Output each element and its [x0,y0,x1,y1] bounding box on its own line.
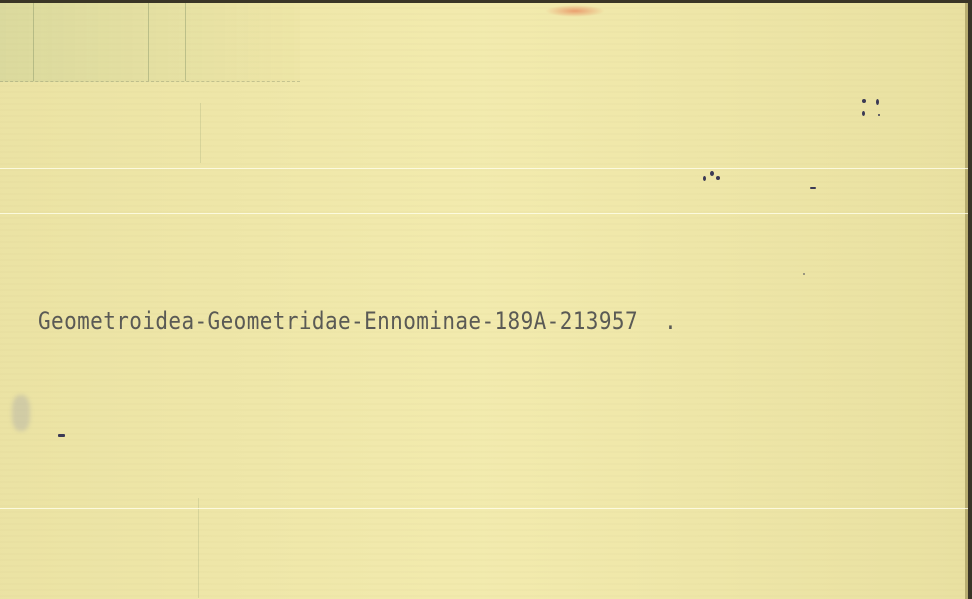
ink-speck [876,99,879,105]
ruling-line [185,3,186,81]
smudge-mark [12,395,30,431]
ink-speck [716,176,720,180]
paper-streak [0,168,968,169]
ink-speck [862,111,865,116]
ink-speck [803,273,805,275]
ink-speck [703,176,706,181]
paper-streak [0,508,968,509]
paper-streak [0,213,968,214]
ruling-line [33,3,34,81]
index-card: Geometroidea-Geometridae-Ennominae-189A-… [0,3,968,599]
header-strip [0,3,300,82]
ink-speck [710,171,714,176]
catalog-entry-text: Geometroidea-Geometridae-Ennominae-189A-… [38,307,638,335]
stain-mark [545,5,605,17]
ink-speck [810,187,816,189]
ruling-line [200,103,201,163]
ruling-line [198,498,199,598]
ruling-line [148,3,149,81]
catalog-entry-line: Geometroidea-Geometridae-Ennominae-189A-… [38,307,677,335]
ink-speck [862,99,866,103]
ink-speck [878,114,880,116]
trailing-mark: . [664,307,677,335]
ink-speck [58,434,65,437]
